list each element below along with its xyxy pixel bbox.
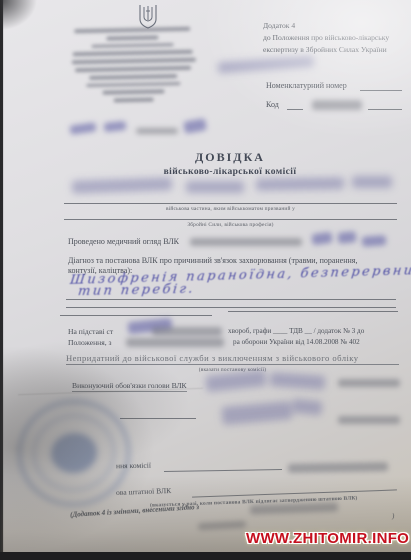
diagnosis-label-line1: Діагноз та постанова ВЛК про причинний з… [68,256,357,265]
blurred-signer-name [338,416,400,424]
basis-left-line1: На підставі ст [68,327,113,336]
site-watermark: WWW.ZHITOMIR.INFO [246,530,409,547]
unit-caption: військова частина, яким військкоматом пр… [64,206,397,212]
blurred-signer-name [338,379,400,387]
forces-caption: Збройні Сили, військова професія) [64,222,397,228]
exam-label: Проведено медичний огляд ВЛК [68,237,179,246]
document-title-block: ДОВІДКА військово-лікарської комісії [60,150,400,177]
annex-line2: до Положення про військово-лікарську [263,33,389,42]
blank-line [228,311,398,312]
blurred-unit-stamp-text [71,27,195,108]
resolution-caption: (вказати постанову комісії) [66,367,399,373]
page-title: ДОВІДКА [60,150,400,165]
code-label: Код [266,100,279,109]
handwritten-diagnosis-line2: тип перебіг. [77,282,196,299]
blank-line [66,307,396,308]
basis-left-line2: Положення, з [68,338,112,347]
commission-label: ння комісії [116,461,151,471]
blurred-handwritten-name [256,177,344,191]
vlk-resolution-text: Непридатний до військової служби з виклю… [66,353,399,365]
blurred-print-basis [126,338,224,347]
annex-line3: експертизу в Збройних Силах України [263,45,387,54]
blurred-handwritten-name [186,181,244,193]
basis-right-line2: ра оборони України від 14.08.2008 № 402 [233,338,360,346]
photo-left-edge [0,0,4,553]
blank-line [64,203,397,204]
nomenclature-label: Номенклатурний номер [266,81,347,90]
blurred-print-date [136,128,178,134]
blank-line [66,299,396,300]
staff-vlk-label: ова штатної ВЛК [116,486,171,497]
blurred-code-value [312,100,362,110]
blurred-commission-name [288,462,388,473]
blank-line [368,109,402,110]
blurred-handwritten-exam-date [362,235,387,247]
document-photo: Додаток 4 до Положення про військово-лік… [0,0,411,560]
blurred-print-basis [152,327,222,336]
page-subtitle: військово-лікарської комісії [60,167,400,177]
blurred-signature [291,398,322,415]
blurred-handwritten-name [352,176,392,188]
blurred-handwritten-exam-date [337,231,356,244]
blank-line [287,109,303,110]
annex-line1: Додаток 4 [263,21,295,30]
blank-line [360,90,402,91]
blank-line [120,418,196,419]
basis-right-line1: хвороб, графи ____ ТДВ __ / додаток № 3 … [228,327,364,335]
blank-line [64,219,397,220]
blank-line [60,315,212,316]
amendment-close: ) [392,512,395,520]
blurred-exam-place [190,238,302,246]
table-surface-strip [0,552,411,560]
